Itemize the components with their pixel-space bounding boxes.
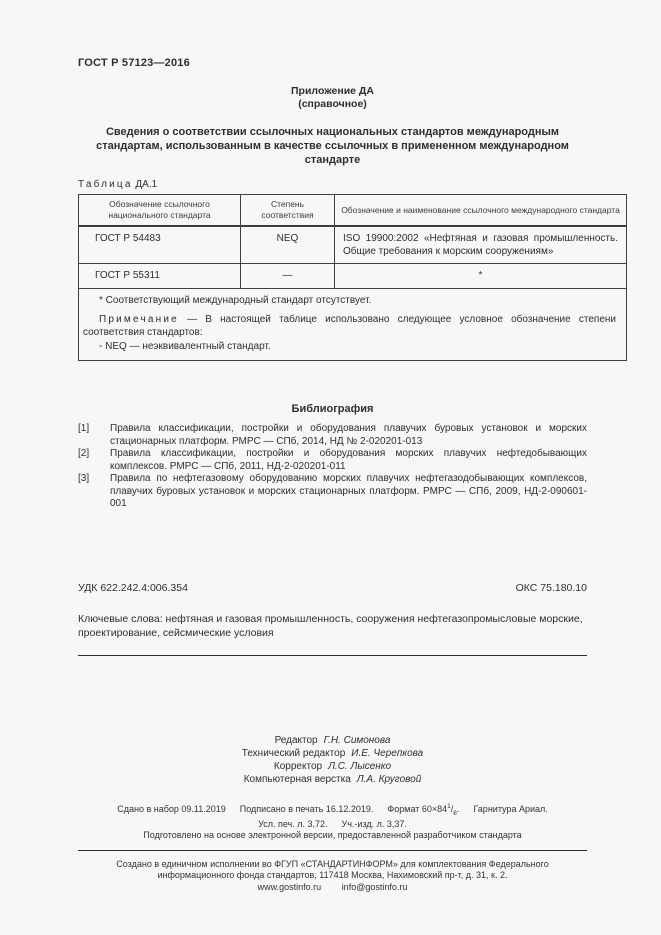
imprint-format-period: . xyxy=(457,804,460,814)
credit-role: Технический редактор xyxy=(242,748,345,759)
credit-line: Компьютерная версткаЛ.А. Круговой xyxy=(78,773,587,786)
section-heading: Сведения о соответствии ссылочных национ… xyxy=(78,125,587,167)
cell-national-standard: ГОСТ Р 54483 xyxy=(79,226,241,264)
credit-name: И.Е. Черепкова xyxy=(351,748,423,759)
bibliography-text: Правила классификации, постройки и обору… xyxy=(110,448,587,473)
credit-line: Технический редакторИ.Е. Черепкова xyxy=(78,747,587,760)
document-page: ГОСТ Р 57123—2016 Приложение ДА (справоч… xyxy=(0,0,661,935)
cell-degree: — xyxy=(241,264,335,289)
column-header-international-standard: Обозначение и наименование ссылочного ме… xyxy=(335,195,627,227)
table-note: Примечание — В настоящей таблице использ… xyxy=(83,313,616,339)
table-caption: Таблица ДА.1 xyxy=(78,179,587,190)
cell-international-standard: * xyxy=(335,264,627,289)
correspondence-table: Обозначение ссылочного национального ста… xyxy=(78,194,627,361)
column-header-degree: Степень соответствия xyxy=(241,195,335,227)
imprint-line-3: Подготовлено на основе электронной верси… xyxy=(78,830,587,842)
divider-rule xyxy=(78,850,587,851)
cell-international-standard: ISO 19900:2002 «Нефтяная и газовая промы… xyxy=(335,226,627,264)
doc-number: ГОСТ Р 57123—2016 xyxy=(78,57,587,69)
imprint-block: Сдано в набор 09.11.2019Подписано в печа… xyxy=(78,801,587,842)
table-caption-label: Таблица xyxy=(78,179,133,190)
imprint-conv-sheets: Усл. печ. л. 3,72. xyxy=(258,819,327,829)
imprint-format: Формат 60×841/8. xyxy=(387,804,459,814)
divider-rule xyxy=(78,655,587,656)
oks-code: ОКС 75.180.10 xyxy=(516,582,587,594)
table-note-cell: * Соответствующий международный стандарт… xyxy=(79,289,627,361)
cell-degree: NEQ xyxy=(241,226,335,264)
bibliography-list: [1] Правила классификации, постройки и о… xyxy=(78,423,587,511)
credits-block: РедакторГ.Н. Симонова Технический редакт… xyxy=(78,734,587,786)
table-caption-number: ДА.1 xyxy=(135,179,157,190)
table-note-item: - NEQ — неэквивалентный стандарт. xyxy=(83,340,616,353)
imprint-print-date: Подписано в печать 16.12.2019. xyxy=(240,804,374,814)
credit-role: Компьютерная верстка xyxy=(244,774,351,785)
credit-name: Л.С. Лысенко xyxy=(328,761,391,772)
keywords: Ключевые слова: нефтяная и газовая промы… xyxy=(78,612,587,640)
credit-name: Г.Н. Симонова xyxy=(324,735,391,746)
bibliography-ref: [3] xyxy=(78,473,110,511)
cell-national-standard: ГОСТ Р 55311 xyxy=(79,264,241,289)
table-row: ГОСТ Р 54483 NEQ ISO 19900:2002 «Нефтяна… xyxy=(79,226,627,264)
publisher-website: www.gostinfo.ru xyxy=(258,882,322,892)
bibliography-ref: [1] xyxy=(78,423,110,448)
table-header-row: Обозначение ссылочного национального ста… xyxy=(79,195,627,227)
column-header-national-standard: Обозначение ссылочного национального ста… xyxy=(79,195,241,227)
publisher-contacts: www.gostinfo.ru info@gostinfo.ru xyxy=(78,882,587,894)
publisher-address: Создано в единичном исполнении во ФГУП «… xyxy=(78,859,587,882)
credit-line: РедакторГ.Н. Симонова xyxy=(78,734,587,747)
bibliography-item: [3] Правила по нефтегазовому оборудовани… xyxy=(78,473,587,511)
publisher-block: Создано в единичном исполнении во ФГУП «… xyxy=(78,859,587,894)
credit-line: КорректорЛ.С. Лысенко xyxy=(78,760,587,773)
table-footnote: * Соответствующий международный стандарт… xyxy=(83,294,616,307)
imprint-line-1: Сдано в набор 09.11.2019Подписано в печа… xyxy=(78,801,587,819)
imprint-typeface: Гарнитура Ариал. xyxy=(473,804,547,814)
credit-name: Л.А. Круговой xyxy=(357,774,422,785)
bibliography-text: Правила классификации, постройки и обору… xyxy=(110,423,587,448)
classification-codes: УДК 622.242.4:006.354 ОКС 75.180.10 xyxy=(78,582,587,594)
credit-role: Корректор xyxy=(274,761,322,772)
imprint-format-prefix: Формат 60×84 xyxy=(387,804,447,814)
imprint-pub-sheets: Уч.-изд. л. 3,37. xyxy=(342,819,407,829)
bibliography-item: [1] Правила классификации, постройки и о… xyxy=(78,423,587,448)
annex-title: Приложение ДА xyxy=(78,85,587,97)
bibliography-text: Правила по нефтегазовому оборудованию мо… xyxy=(110,473,587,511)
credit-role: Редактор xyxy=(275,735,318,746)
table-row: ГОСТ Р 55311 — * xyxy=(79,264,627,289)
bibliography-ref: [2] xyxy=(78,448,110,473)
publisher-email: info@gostinfo.ru xyxy=(342,882,408,892)
imprint-set-date: Сдано в набор 09.11.2019 xyxy=(117,804,226,814)
bibliography-item: [2] Правила классификации, постройки и о… xyxy=(78,448,587,473)
imprint-line-2: Усл. печ. л. 3,72.Уч.-изд. л. 3,37. xyxy=(78,819,587,831)
table-note-row: * Соответствующий международный стандарт… xyxy=(79,289,627,361)
bibliography-title: Библиография xyxy=(78,403,587,415)
table-note-label: Примечание xyxy=(99,314,179,325)
annex-subtitle: (справочное) xyxy=(78,98,587,110)
udk-code: УДК 622.242.4:006.354 xyxy=(78,582,188,594)
